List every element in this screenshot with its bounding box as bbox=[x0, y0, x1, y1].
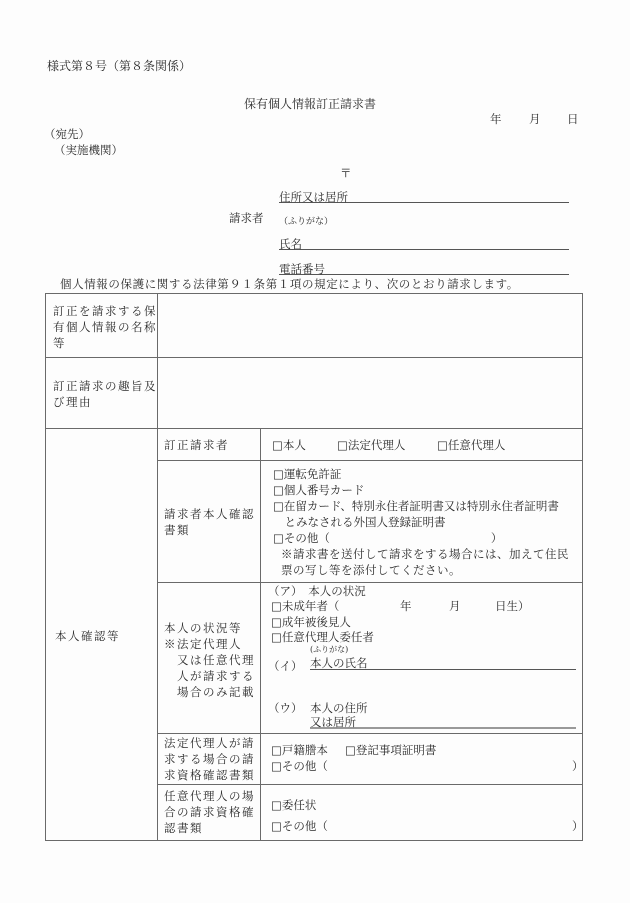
requester-type-legal-agent[interactable]: □法定代理人 bbox=[337, 437, 405, 453]
voluntary-doc-power-of-attorney[interactable]: □委任状 bbox=[271, 797, 316, 813]
requester-type-label: 訂正請求者 bbox=[164, 437, 229, 453]
principal-status-label: 本人の状況等 ※法定代理人 又は任意代理 人が請求する 場合のみ記載 bbox=[164, 620, 255, 700]
requester-type-self[interactable]: □本人 bbox=[272, 437, 306, 453]
date-day: 日 bbox=[567, 111, 579, 127]
id-option-residence-card[interactable]: □在留カード、特別永住者証明書又は特別永住者証明書 bbox=[273, 498, 569, 514]
id-note-line-2: 票の写し等を添付してください。 bbox=[273, 562, 569, 578]
legal-agent-docs-label: 法定代理人が請 求する場合の請 求資格確認書類 bbox=[164, 735, 255, 783]
voluntary-agent-docs-label: 任意代理人の場 合の請求資格確 認書類 bbox=[164, 788, 255, 836]
name-label: 氏名 bbox=[279, 237, 302, 251]
principal-status-a-label: （ア） 本人の状況 bbox=[268, 583, 366, 599]
id-option-residence-card-cont: とみなされる外国人登録証明書 bbox=[273, 514, 569, 530]
form-number: 様式第８号（第８条関係） bbox=[47, 57, 191, 74]
date-year: 年 bbox=[490, 111, 502, 127]
voluntary-doc-other-close: ） bbox=[572, 818, 584, 834]
agency-label: （実施機関） bbox=[54, 142, 123, 158]
status-minor-day: 日生） bbox=[495, 598, 530, 614]
id-option-drivers-license[interactable]: □運転免許証 bbox=[273, 466, 569, 482]
principal-name-field[interactable]: 本人の氏名 bbox=[310, 655, 576, 670]
principal-name-label: 本人の氏名 bbox=[310, 656, 368, 670]
status-adult-ward[interactable]: □成年被後見人 bbox=[271, 614, 351, 630]
status-minor-year: 年 bbox=[400, 598, 412, 614]
id-documents-label: 請求者本人確認 書類 bbox=[164, 506, 255, 538]
address-field[interactable]: 住所又は居所 bbox=[279, 189, 569, 203]
status-minor[interactable]: □未成年者（ bbox=[271, 598, 339, 614]
principal-address-field[interactable]: 又は居所 bbox=[310, 714, 576, 729]
status-minor-month: 月 bbox=[449, 598, 461, 614]
identity-group-label: 本人確認等 bbox=[55, 628, 120, 644]
reason-label: 訂正請求の趣旨及 び理由 bbox=[53, 378, 157, 410]
principal-b-label: （イ） bbox=[268, 658, 303, 674]
phone-field[interactable]: 電話番号 bbox=[279, 261, 569, 275]
voluntary-doc-other[interactable]: □その他（ bbox=[271, 818, 328, 834]
legal-doc-other-close: ） bbox=[572, 758, 584, 774]
principal-address-line-2: 又は居所 bbox=[310, 715, 356, 729]
legal-doc-family-register[interactable]: □戸籍謄本 bbox=[271, 742, 328, 758]
page-title: 保有個人情報訂正請求書 bbox=[244, 95, 376, 112]
legal-doc-other[interactable]: □その他（ bbox=[271, 758, 328, 774]
requester-type-voluntary-agent[interactable]: □任意代理人 bbox=[437, 437, 505, 453]
intro-text: 個人情報の保護に関する法律第９１条第１項の規定により、次のとおり請求します。 bbox=[60, 276, 519, 292]
name-field[interactable]: 氏名 bbox=[279, 236, 569, 250]
addressee-label: （宛先） bbox=[44, 126, 90, 142]
principal-c-label: （ウ） bbox=[268, 700, 303, 716]
id-documents-options: □運転免許証 □個人番号カード □在留カード、特別永住者証明書又は特別永住者証明… bbox=[273, 466, 569, 578]
principal-furigana-label: (ふりがな) bbox=[310, 644, 348, 655]
id-note-line-1: ※請求書を送付して請求をする場合には、加えて住民 bbox=[273, 546, 569, 562]
furigana-label: （ふりがな） bbox=[279, 214, 333, 227]
address-label: 住所又は居所 bbox=[279, 190, 348, 204]
legal-doc-registry-cert[interactable]: □登記事項証明書 bbox=[345, 742, 436, 758]
date-month: 月 bbox=[529, 111, 541, 127]
requester-label: 請求者 bbox=[229, 210, 264, 226]
info-name-input[interactable] bbox=[160, 296, 580, 355]
id-option-my-number-card[interactable]: □個人番号カード bbox=[273, 482, 569, 498]
reason-input[interactable] bbox=[160, 360, 580, 426]
id-option-other[interactable]: □その他（ ） bbox=[273, 530, 569, 546]
info-name-label: 訂正を請求する保 有個人情報の名称 等 bbox=[53, 303, 157, 351]
phone-label: 電話番号 bbox=[279, 262, 325, 276]
status-voluntary-principal[interactable]: □任意代理人委任者 bbox=[271, 629, 374, 645]
postal-mark: 〒 bbox=[340, 165, 352, 181]
